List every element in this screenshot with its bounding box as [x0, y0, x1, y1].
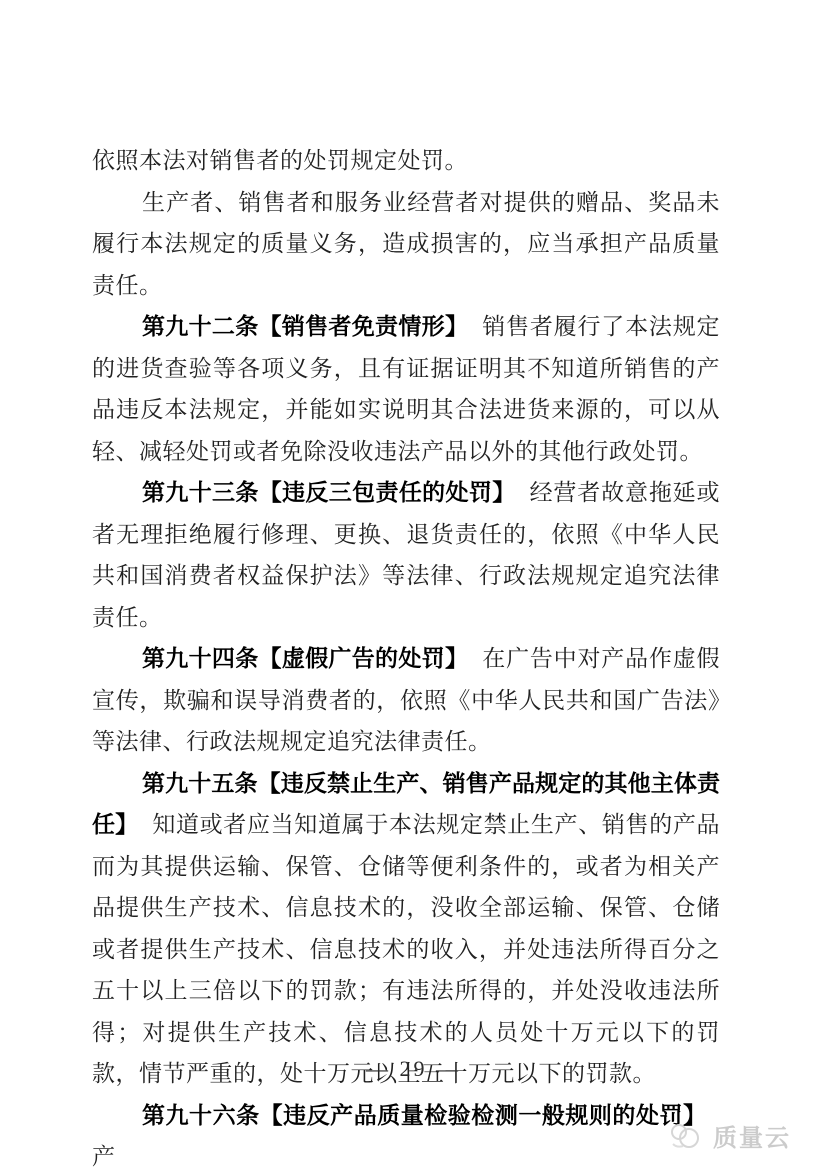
watermark: 质量云	[669, 1118, 791, 1153]
paragraph: 生产者、销售者和服务业经营者对提供的赠品、奖品未履行本法规定的质量义务，造成损害…	[92, 182, 720, 307]
paragraph-body: 知道或者应当知道属于本法规定禁止生产、销售的产品而为其提供运输、保管、仓储等便利…	[92, 812, 720, 1086]
paragraph-body: 依照本法对销售者的处罚规定处罚。	[92, 148, 468, 173]
article-93: 第九十三条【违反三包责任的处罚】经营者故意拖延或者无理拒绝履行修理、更换、退货责…	[92, 472, 720, 638]
paragraph-continuation: 依照本法对销售者的处罚规定处罚。	[92, 140, 720, 182]
article-92: 第九十二条【销售者免责情形】销售者履行了本法规定的进货查验等各项义务，且有证据证…	[92, 306, 720, 472]
cloud-logo-icon	[669, 1122, 705, 1150]
paragraph-body: 生产者、销售者和服务业经营者对提供的赠品、奖品未履行本法规定的质量义务，造成损害…	[92, 190, 720, 298]
article-heading: 第九十六条【违反产品质量检验检测一般规则的处罚】	[142, 1102, 706, 1128]
article-heading: 第九十二条【销售者免责情形】	[142, 313, 468, 339]
article-94: 第九十四条【虚假广告的处罚】在广告中对产品作虚假宣传，欺骗和误导消费者的，依照《…	[92, 638, 720, 763]
article-96: 第九十六条【违反产品质量检验检测一般规则的处罚】产	[92, 1095, 720, 1170]
article-95: 第九十五条【违反禁止生产、销售产品规定的其他主体责任】知道或者应当知道属于本法规…	[92, 763, 720, 1095]
page-number: — 29 —	[0, 1056, 827, 1082]
article-heading: 第九十三条【违反三包责任的处罚】	[142, 479, 516, 505]
watermark-label: 质量云	[713, 1118, 791, 1153]
article-heading: 第九十四条【虚假广告的处罚】	[142, 645, 468, 671]
paragraph-body: 产	[92, 1144, 116, 1169]
legal-text-block: 依照本法对销售者的处罚规定处罚。 生产者、销售者和服务业经营者对提供的赠品、奖品…	[92, 140, 720, 1170]
document-page: 依照本法对销售者的处罚规定处罚。 生产者、销售者和服务业经营者对提供的赠品、奖品…	[0, 0, 827, 1170]
